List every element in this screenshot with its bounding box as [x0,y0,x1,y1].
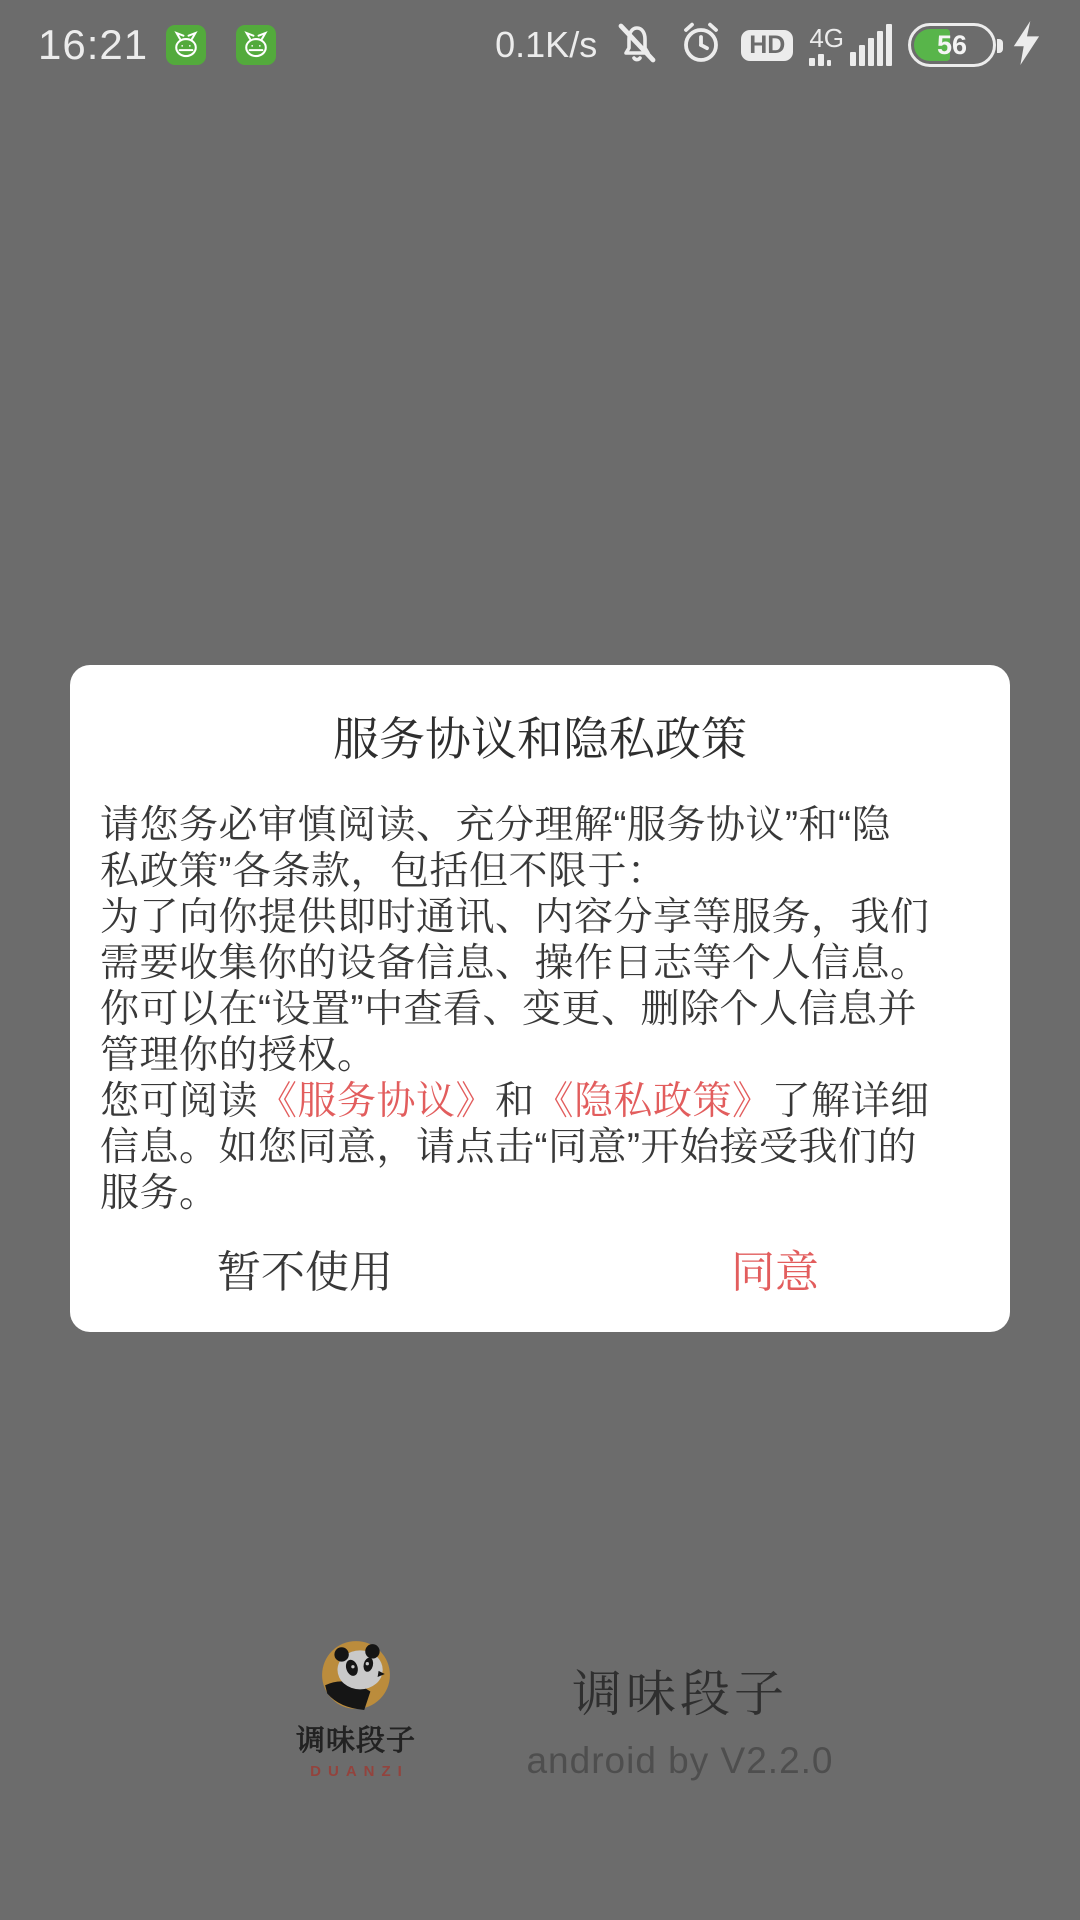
battery-cap [997,39,1003,53]
muted-bell-icon [613,19,661,72]
app-logo: 调味段子 DUANZI [296,1638,416,1780]
network-type-label: 4G [809,25,844,51]
logo-subtitle: DUANZI [303,1763,409,1780]
body-paragraph-2: 为了向你提供即时通讯、内容分享等服务，我们 需要收集你的设备信息、操作日志等个人… [100,896,930,1077]
battery-indicator: 56 [908,23,996,67]
app-version: android by V2.2.0 [500,1740,860,1782]
agree-button[interactable]: 同意 [540,1220,1010,1316]
charging-bolt-icon [1012,21,1042,70]
app-info: 调味段子 android by V2.2.0 [500,1638,860,1782]
body-paragraph-1: 请您务必审慎阅读、充分理解“服务协议”和“隐 私政策”各条款，包括但不限于： [100,804,891,893]
dialog-actions: 暂不使用 同意 [70,1220,1010,1316]
cellular-signal-icon: 4G [809,24,892,66]
clock-time: 16:21 [38,21,148,69]
service-agreement-link[interactable]: 《服务协议》 [258,1080,495,1123]
chat-notification-icon [236,25,276,65]
decline-button[interactable]: 暂不使用 [70,1220,540,1316]
panda-logo-icon [319,1638,393,1712]
dialog-body-text: 请您务必审慎阅读、充分理解“服务协议”和“隐 私政策”各条款，包括但不限于： 为… [100,803,980,1217]
hd-voice-icon: HD [741,30,793,61]
status-bar: 16:21 0.1K/s [0,0,1080,90]
chat-notification-icon [166,25,206,65]
app-name: 调味段子 [500,1654,860,1726]
body-paragraph-3-middle: 和 [495,1080,535,1123]
privacy-policy-link[interactable]: 《隐私政策》 [535,1080,772,1123]
logo-wordmark: 调味段子 [296,1718,416,1759]
body-paragraph-3-prefix: 您可阅读 [100,1080,258,1123]
dialog-title: 服务协议和隐私政策 [70,703,1010,769]
privacy-policy-dialog: 服务协议和隐私政策 请您务必审慎阅读、充分理解“服务协议”和“隐 私政策”各条款… [70,665,1010,1332]
network-speed: 0.1K/s [495,24,597,66]
battery-percent: 56 [937,30,967,61]
alarm-clock-icon [677,19,725,72]
